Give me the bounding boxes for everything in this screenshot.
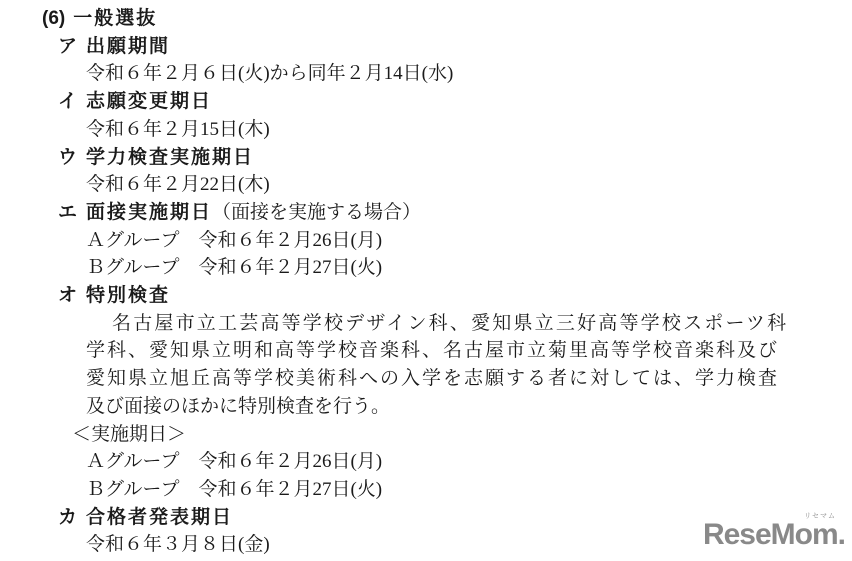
item-change-deadline-heading: イ志願変更期日 — [0, 88, 852, 116]
item-title-change-deadline: 志願変更期日 — [86, 91, 212, 112]
special-exam-date-group-a: Ａグループ 令和６年２月26日(月) — [0, 448, 852, 476]
item-label-u: ウ — [58, 144, 86, 172]
document-page: (6)一般選抜 ア出願期間 令和６年２月６日(火)から同年２月14日(水) イ志… — [0, 0, 852, 561]
change-deadline-date: 令和６年２月15日(木) — [0, 116, 852, 144]
interview-date-group-b: Ｂグループ 令和６年２月27日(火) — [0, 254, 852, 282]
resemom-logo-ruby: リセマム — [804, 511, 836, 521]
item-label-a: ア — [58, 33, 86, 61]
item-special-exam-heading: オ特別検査 — [0, 282, 852, 310]
item-interview-heading: エ面接実施期日（面接を実施する場合） — [0, 199, 852, 227]
application-period-date: 令和６年２月６日(火)から同年２月14日(水) — [0, 60, 852, 88]
item-label-e: エ — [58, 199, 86, 227]
item-title-results: 合格者発表期日 — [86, 507, 233, 528]
item-exam-date-heading: ウ学力検査実施期日 — [0, 144, 852, 172]
exam-date: 令和６年２月22日(木) — [0, 171, 852, 199]
special-exam-schedule-label: ＜実施期日＞ — [0, 421, 852, 449]
item-label-ka: カ — [58, 504, 86, 532]
item-label-o: オ — [58, 282, 86, 310]
interview-date-group-a: Ａグループ 令和６年２月26日(月) — [0, 227, 852, 255]
special-exam-paragraph-line2: 学科、愛知県立明和高等学校音楽科、名古屋市立菊里高等学校音楽科及び — [0, 337, 852, 365]
resemom-logo-text: ReseMom — [703, 518, 838, 551]
item-title-application-period: 出願期間 — [86, 36, 170, 57]
item-label-i: イ — [58, 88, 86, 116]
section-title: 一般選抜 — [73, 8, 157, 29]
item-title-special-exam: 特別検査 — [86, 285, 170, 306]
special-exam-paragraph-line1: 名古屋市立工芸高等学校デザイン科、愛知県立三好高等学校スポーツ科 — [0, 310, 852, 338]
section-heading: (6)一般選抜 — [0, 5, 852, 33]
item-application-period-heading: ア出願期間 — [0, 33, 852, 61]
special-exam-paragraph-line4: 及び面接のほかに特別検査を行う。 — [0, 393, 852, 421]
item-title-interview: 面接実施期日 — [86, 202, 212, 223]
resemom-logo: リセマム ReseMom. — [703, 518, 846, 552]
special-exam-date-group-b: Ｂグループ 令和６年２月27日(火) — [0, 476, 852, 504]
item-title-exam-date: 学力検査実施期日 — [86, 147, 254, 168]
section-number: (6) — [42, 8, 65, 29]
special-exam-paragraph-line3: 愛知県立旭丘高等学校美術科への入学を志願する者に対しては、学力検査 — [0, 365, 852, 393]
interview-note: （面接を実施する場合） — [212, 202, 421, 223]
resemom-logo-dot: . — [838, 518, 846, 551]
